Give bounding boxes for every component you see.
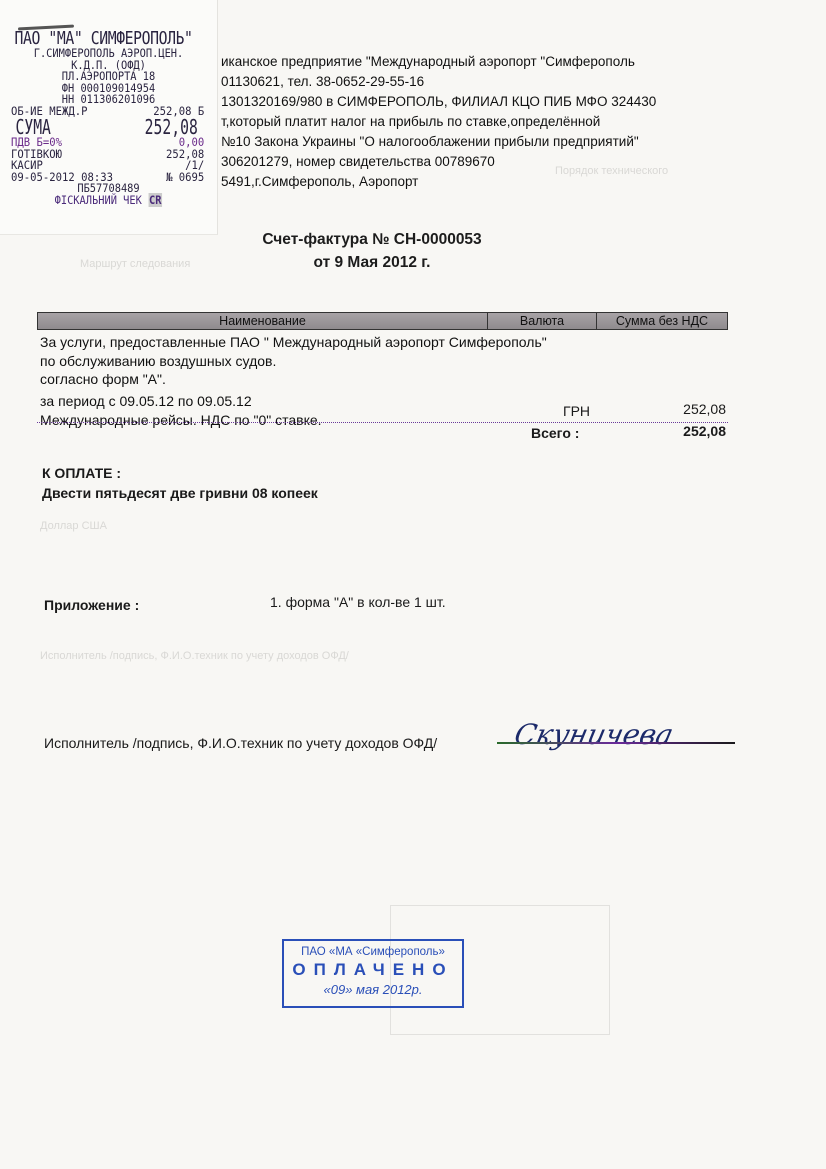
paid-stamp: ПАО «МА «Симферополь» ОПЛАЧЕНО «09» мая …	[282, 939, 464, 1008]
col-currency: Валюта	[488, 313, 597, 329]
attachment-value: 1. форма "А" в кол-ве 1 шт.	[270, 594, 446, 610]
service-description: За услуги, предоставленные ПАО " Междуна…	[40, 333, 547, 430]
header-line: 1301320169/980 в СИМФЕРОПОЛЬ, ФИЛИАЛ КЦО…	[221, 92, 656, 112]
company-header: иканское предприятие "Международный аэро…	[221, 52, 656, 192]
ghost-text: Исполнитель /подпись, Ф.И.О.техник по уч…	[40, 650, 349, 662]
description-line: по обслуживанию воздушных судов.	[40, 352, 547, 371]
description-line: за период с 09.05.12 по 09.05.12	[40, 392, 547, 411]
header-line: №10 Закона Украины "О налогооблажении пр…	[221, 132, 656, 152]
receipt-number: № 0695	[166, 172, 204, 184]
stamp-org: ПАО «МА «Симферополь»	[284, 946, 462, 958]
invoice-date: от 9 Мая 2012 г.	[0, 254, 744, 272]
header-line: т,который платит налог на прибыль по ста…	[221, 112, 656, 132]
col-amount: Сумма без НДС	[597, 313, 727, 329]
table-header: Наименование Валюта Сумма без НДС	[37, 312, 728, 330]
cr-mark-icon: CR	[148, 193, 162, 207]
ghost-text: Доллар США	[40, 520, 107, 532]
stamp-date: «09» мая 2012р.	[284, 982, 462, 997]
receipt-footer-text: ФІСКАЛЬНИЙ ЧЕК	[55, 193, 142, 207]
total-label: Всего :	[531, 425, 579, 441]
invoice-page: Порядок технического Маршрут следования …	[0, 0, 826, 1169]
handwritten-signature: Скуничева	[511, 718, 676, 751]
signature-line	[497, 742, 735, 744]
table-divider	[37, 422, 728, 423]
header-line: 306201279, номер свидетельства 00789670	[221, 152, 656, 172]
col-name: Наименование	[38, 313, 488, 329]
fiscal-receipt: ПАО "МА" СИМФЕРОПОЛЬ" Г.СИМФЕРОПОЛЬ АЭРО…	[0, 0, 218, 235]
receipt-sum-row: СУМА 252,08	[0, 117, 215, 137]
receipt-sum-value: 252,08	[144, 117, 197, 137]
description-line: Международные рейсы. НДС по "0" ставке.	[40, 411, 547, 430]
signature-label: Исполнитель /подпись, Ф.И.О.техник по уч…	[44, 735, 437, 751]
stamp-status: ОПЛАЧЕНО	[284, 960, 462, 980]
description-line: За услуги, предоставленные ПАО " Междуна…	[40, 333, 547, 352]
row-currency: ГРН	[563, 403, 590, 419]
header-line: 5491,г.Симферополь, Аэропорт	[221, 172, 656, 192]
receipt-footer: ФІСКАЛЬНИЙ ЧЕК CR	[11, 195, 206, 207]
description-line: согласно форм "А".	[40, 370, 547, 389]
payment-label: К ОПЛАТЕ :	[42, 465, 121, 481]
row-amount: 252,08	[640, 401, 726, 417]
header-line: 01130621, тел. 38-0652-29-55-16	[221, 72, 656, 92]
total-value: 252,08	[640, 423, 726, 439]
payment-in-words: Двести пятьдесят две гривни 08 копеек	[42, 485, 318, 501]
receipt-sum-label: СУМА	[15, 117, 50, 137]
invoice-title: Счет-фактура № СН-0000053	[0, 231, 744, 249]
header-line: иканское предприятие "Международный аэро…	[221, 52, 656, 72]
attachment-label: Приложение :	[44, 597, 139, 613]
